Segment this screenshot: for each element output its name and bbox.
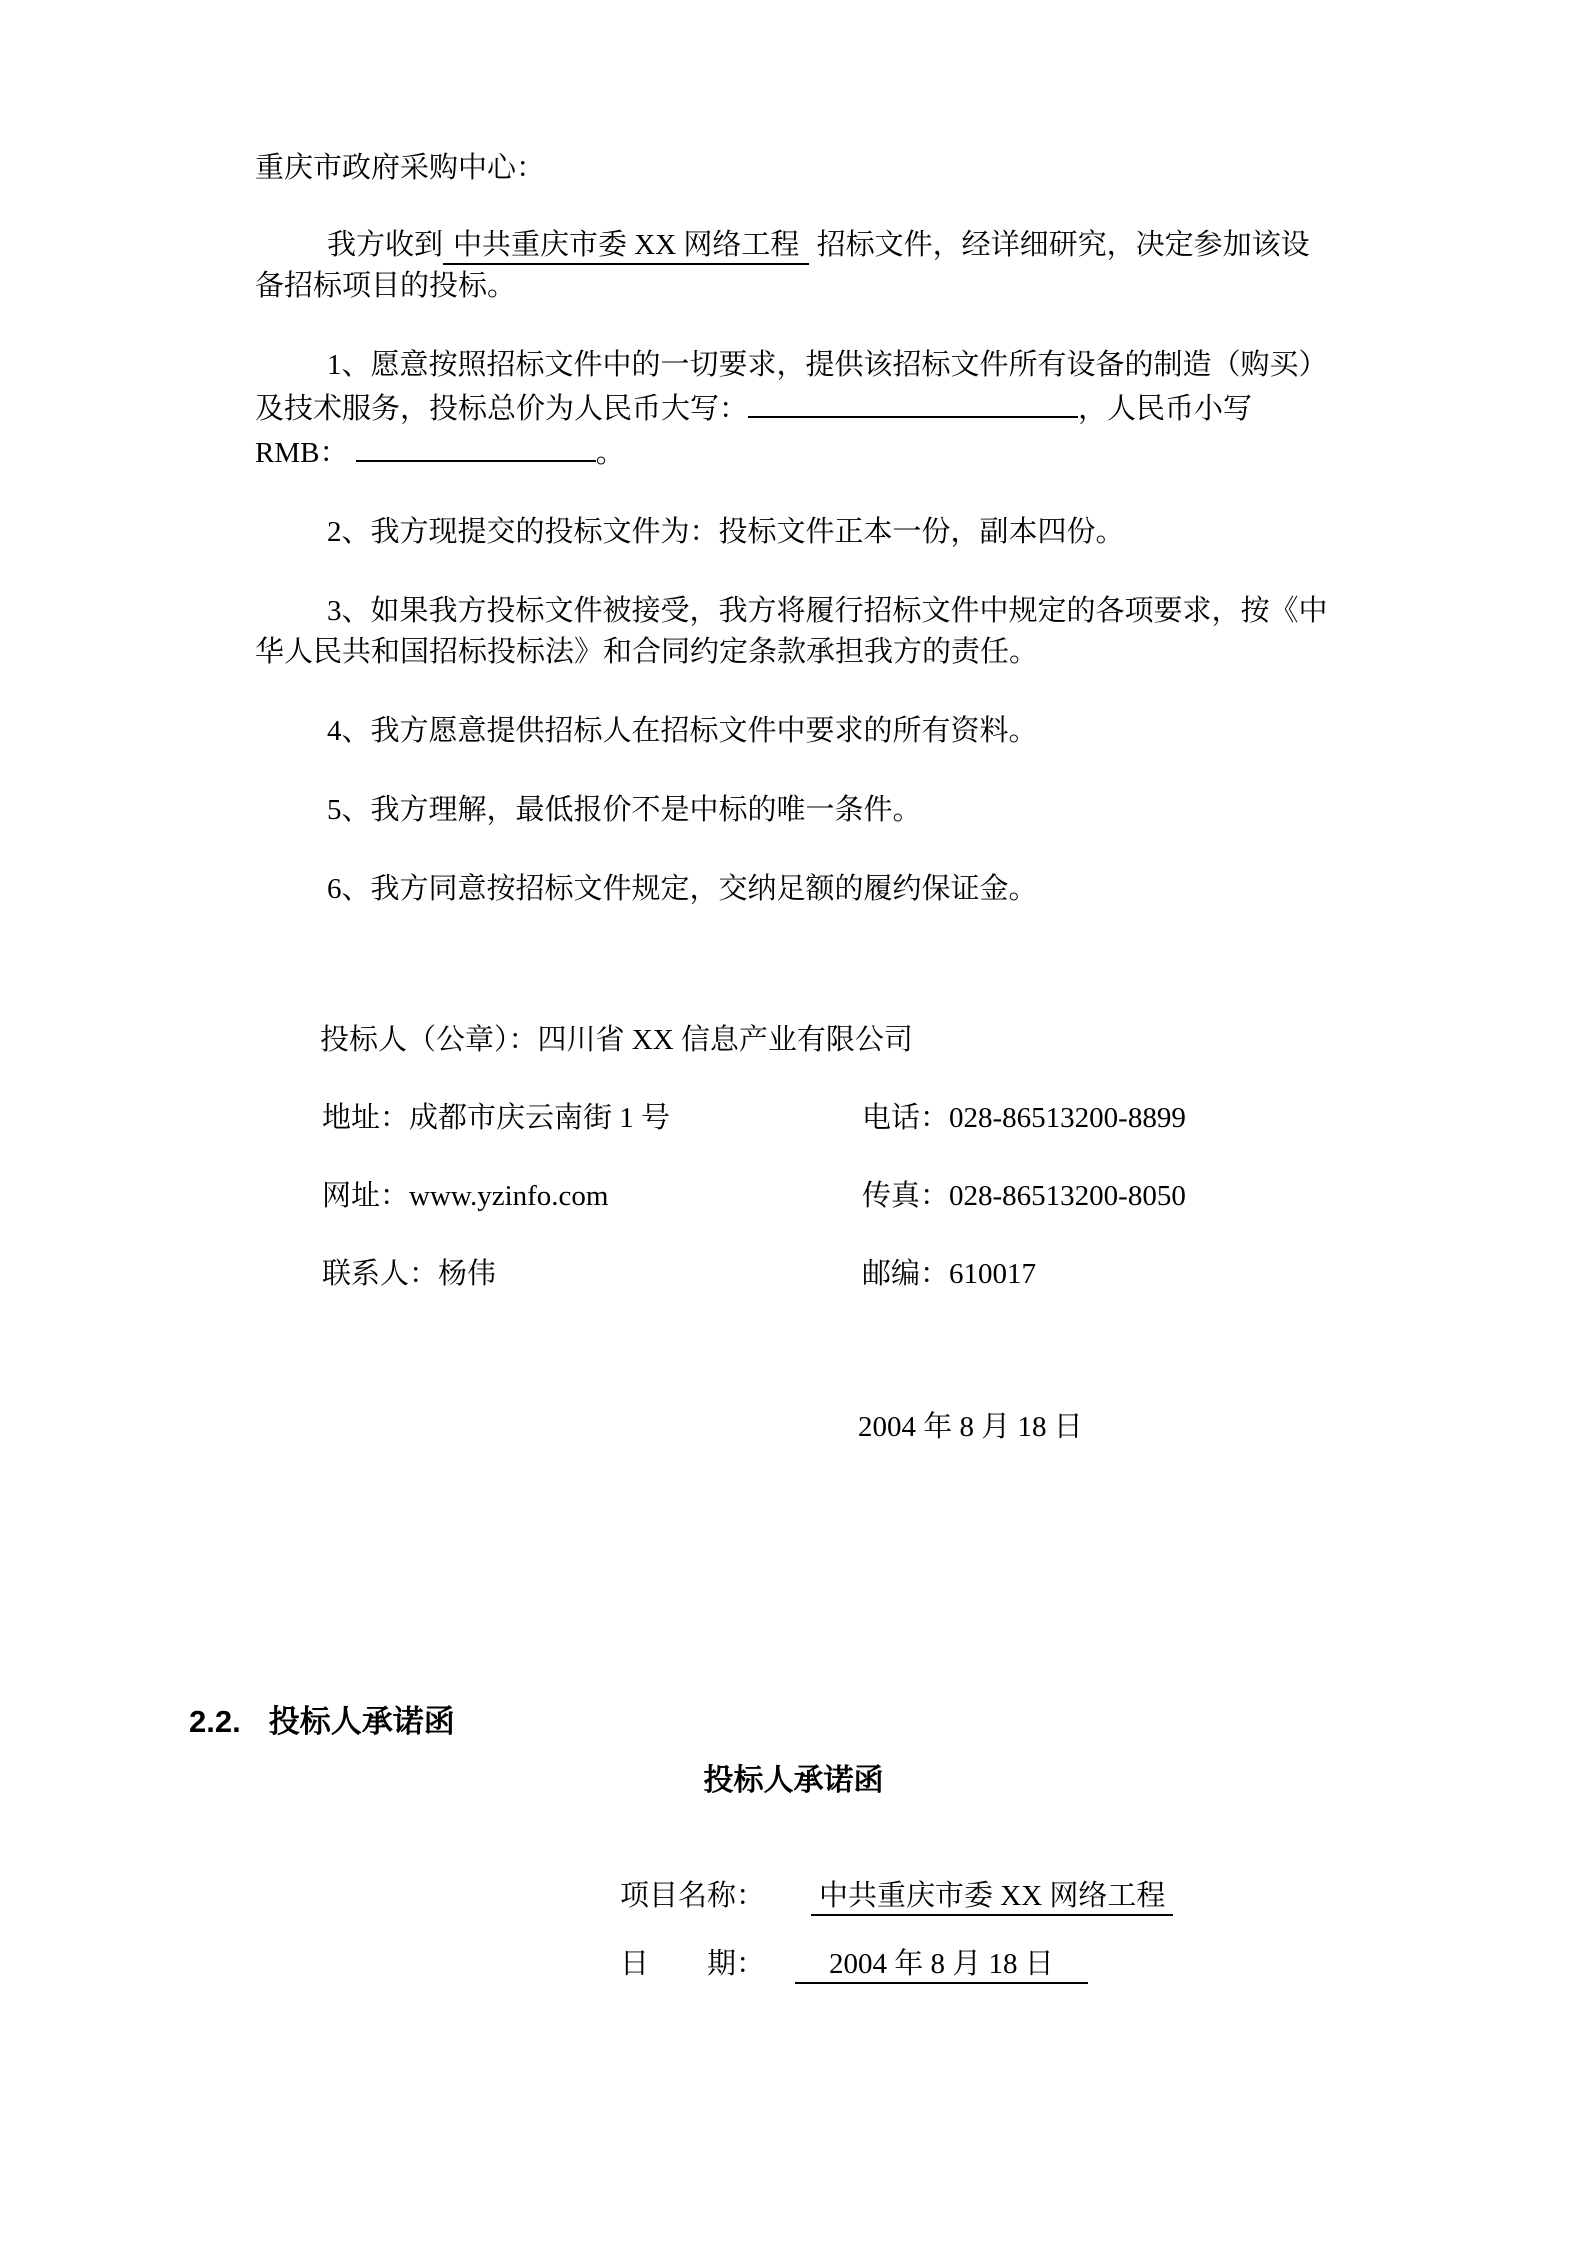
clause-6-line: 6、我方同意按招标文件规定，交纳足额的履约保证金。 (255, 869, 1410, 910)
signature-date-line: 2004 年 8 月 18 日 (255, 1407, 1410, 1448)
project-name-label: 项目名称： (620, 1880, 765, 1912)
phone-label: 电话： (862, 1102, 949, 1134)
document-page: 重庆市政府采购中心： 我方收到中共重庆市委 XX 网络工程 招标文件，经详细研究… (0, 0, 1587, 2245)
clause-4-line: 4、我方愿意提供招标人在招标文件中要求的所有资料。 (255, 711, 1410, 752)
intro-line-2: 备招标项目的投标。 (255, 266, 1410, 307)
clause-5: 5、我方理解，最低报价不是中标的唯一条件。 (255, 790, 1410, 831)
zip-field: 邮编：610017 (862, 1254, 1036, 1295)
clause-4: 4、我方愿意提供招标人在招标文件中要求的所有资料。 (255, 711, 1410, 752)
intro-line-2-text: 备招标项目的投标。 (255, 270, 516, 302)
clause-6-text: 6、我方同意按招标文件规定，交纳足额的履约保证金。 (327, 873, 1038, 905)
clause-1-line-1: 1、愿意按照招标文件中的一切要求，提供该招标文件所有设备的制造（购买） (255, 345, 1410, 386)
clause-1-text-2: 及技术服务，投标总价为人民币大写： (255, 393, 748, 425)
project-name-underlined: 中共重庆市委 XX 网络工程 (443, 229, 809, 265)
phone-value: 028-86513200-8899 (949, 1102, 1186, 1134)
zip-label: 邮编： (862, 1258, 949, 1290)
clause-1-line-2: 及技术服务，投标总价为人民币大写：，人民币小写 (255, 386, 1410, 430)
section-title: 投标人承诺函 (269, 1704, 455, 1739)
clause-4-text: 4、我方愿意提供招标人在招标文件中要求的所有资料。 (327, 715, 1038, 747)
date-value: 2004 年 8 月 18 日 (795, 1948, 1088, 1984)
clause-5-text: 5、我方理解，最低报价不是中标的唯一条件。 (327, 794, 922, 826)
phone-field: 电话：028-86513200-8899 (862, 1098, 1186, 1139)
project-name-value: 中共重庆市委 XX 网络工程 (811, 1880, 1173, 1916)
contact-row-address-phone: 地址：成都市庆云南街 1 号 电话：028-86513200-8899 (255, 1098, 1410, 1139)
contact-row-person-zip: 联系人：杨伟 邮编：610017 (255, 1254, 1410, 1295)
rmb-label: RMB： (255, 437, 348, 469)
section-number: 2.2. (189, 1704, 241, 1739)
website-label: 网址： (322, 1180, 409, 1212)
intro-suffix: 招标文件，经详细研究，决定参加该设 (817, 229, 1310, 261)
address-value: 成都市庆云南街 1 号 (409, 1102, 670, 1134)
zip-value: 610017 (949, 1258, 1036, 1290)
clause-2-line: 2、我方现提交的投标文件为：投标文件正本一份，副本四份。 (255, 512, 1410, 553)
contact-person-field: 联系人：杨伟 (322, 1254, 862, 1295)
intro-line-1: 我方收到中共重庆市委 XX 网络工程 招标文件，经详细研究，决定参加该设 (255, 225, 1410, 266)
intro-prefix: 我方收到 (327, 229, 443, 261)
salutation-line: 重庆市政府采购中心： (255, 148, 1410, 189)
contact-person-label: 联系人： (322, 1258, 438, 1290)
commitment-letter-title: 投标人承诺函 (0, 1760, 1587, 1801)
fax-field: 传真：028-86513200-8050 (862, 1176, 1186, 1217)
website-field: 网址：www.yzinfo.com (322, 1176, 862, 1217)
clause-2-text: 2、我方现提交的投标文件为：投标文件正本一份，副本四份。 (327, 516, 1125, 548)
date-field: 日 期：2004 年 8 月 18 日 (255, 1944, 1410, 1985)
clause-6: 6、我方同意按招标文件规定，交纳足额的履约保证金。 (255, 869, 1410, 910)
clause-1-text-4: 。 (596, 437, 625, 469)
amount-in-words-blank-line (748, 386, 1078, 418)
intro-paragraph: 我方收到中共重庆市委 XX 网络工程 招标文件，经详细研究，决定参加该设 备招标… (255, 225, 1410, 307)
address-field: 地址：成都市庆云南街 1 号 (322, 1098, 862, 1139)
clause-1-text-3: ，人民币小写 (1078, 393, 1252, 425)
clause-3-text-1: 3、如果我方投标文件被接受，我方将履行招标文件中规定的各项要求，按《中 (327, 595, 1328, 627)
clause-1-text-1: 1、愿意按照招标文件中的一切要求，提供该招标文件所有设备的制造（购买） (327, 349, 1328, 381)
contact-person-value: 杨伟 (438, 1258, 496, 1290)
fax-value: 028-86513200-8050 (949, 1180, 1186, 1212)
clause-3: 3、如果我方投标文件被接受，我方将履行招标文件中规定的各项要求，按《中 华人民共… (255, 591, 1410, 673)
website-value: www.yzinfo.com (409, 1180, 608, 1212)
signature-date: 2004 年 8 月 18 日 (858, 1411, 1083, 1443)
bidder-company-name: 四川省 XX 信息产业有限公司 (538, 1024, 913, 1056)
page-content: 重庆市政府采购中心： 我方收到中共重庆市委 XX 网络工程 招标文件，经详细研究… (0, 0, 1587, 1985)
address-label: 地址： (322, 1102, 409, 1134)
clause-3-line-1: 3、如果我方投标文件被接受，我方将履行招标文件中规定的各项要求，按《中 (255, 591, 1410, 632)
bidder-seal-label: 投标人（公章）： (320, 1024, 538, 1056)
clause-2: 2、我方现提交的投标文件为：投标文件正本一份，副本四份。 (255, 512, 1410, 553)
project-name-field: 项目名称：中共重庆市委 XX 网络工程 (255, 1876, 1410, 1917)
amount-in-figures-blank-line (356, 430, 596, 462)
fax-label: 传真： (862, 1180, 949, 1212)
date-label: 日 期： (620, 1948, 765, 1980)
clause-5-line: 5、我方理解，最低报价不是中标的唯一条件。 (255, 790, 1410, 831)
clause-3-line-2: 华人民共和国招标投标法》和合同约定条款承担我方的责任。 (255, 632, 1410, 673)
bidder-signature-line: 投标人（公章）：四川省 XX 信息产业有限公司 (255, 1020, 1410, 1061)
section-2-2-heading: 2.2.投标人承诺函 (189, 1700, 1410, 1744)
clause-3-text-2: 华人民共和国招标投标法》和合同约定条款承担我方的责任。 (255, 636, 1038, 668)
clause-1-line-3: RMB： 。 (255, 430, 1410, 474)
contact-row-website-fax: 网址：www.yzinfo.com 传真：028-86513200-8050 (255, 1176, 1410, 1217)
commitment-letter-title-text: 投标人承诺函 (704, 1764, 884, 1797)
clause-1: 1、愿意按照招标文件中的一切要求，提供该招标文件所有设备的制造（购买） 及技术服… (255, 345, 1410, 474)
salutation-text: 重庆市政府采购中心： (255, 152, 545, 184)
